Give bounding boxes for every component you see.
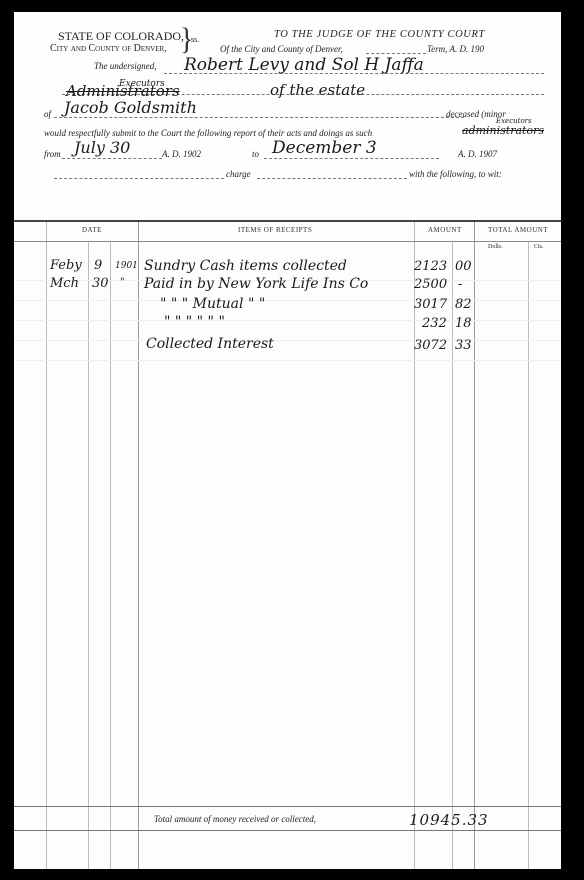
addressee: TO THE JUDGE OF THE COUNTY COURT [274, 29, 485, 40]
wit-label: with the following, to wit: [409, 169, 502, 179]
term-label: Term, A. D. 190 [427, 44, 484, 54]
submit-text: would respectfully submit to the Court t… [44, 128, 372, 138]
row-day: 9 [94, 258, 102, 273]
total-label: Total amount of money received or collec… [154, 814, 316, 824]
probate-report-form: STATE OF COLORADO, City and County of De… [14, 12, 561, 869]
row-item: " " " Mutual " " [160, 296, 265, 312]
ad-from: A. D. 1902 [162, 149, 201, 159]
column-header-amount: AMOUNT [428, 226, 462, 234]
undersigned-value: Robert Levy and Sol H Jaffa [184, 55, 424, 75]
row-cents: - [458, 277, 462, 292]
undersigned-label: The undersigned, [94, 61, 157, 71]
column-header-items: ITEMS OF RECEIPTS [238, 226, 312, 234]
column-header-dolls: Dolls. [488, 244, 503, 250]
deceased-name: Jacob Goldsmith [64, 98, 197, 117]
column-header-date: DATE [82, 226, 102, 234]
row-dollars: 2500 [414, 277, 447, 292]
state-label: STATE OF COLORADO, [58, 29, 184, 44]
row-cents: 18 [455, 316, 472, 331]
row-dollars: 232 [422, 316, 447, 331]
from-label: from [44, 149, 61, 159]
total-value: 10945.33 [409, 811, 489, 829]
header-divider [14, 220, 561, 222]
row-item: " " " " " " [164, 314, 225, 330]
court-line: Of the City and County of Denver, [220, 44, 343, 54]
estate-value: of the estate [270, 81, 365, 99]
from-date: July 30 [74, 138, 130, 157]
row-cents: 82 [455, 297, 472, 312]
to-label: to [252, 149, 259, 159]
row-day: 30 [92, 276, 109, 291]
row-month: Mch [50, 276, 79, 291]
column-header-cts: Cts. [534, 244, 544, 250]
row-dollars: 3017 [414, 297, 447, 312]
row-year: 1901 [115, 261, 138, 271]
charge-label: charge [226, 169, 251, 179]
ss-label: ss. [191, 35, 199, 44]
row-month: Feby [50, 258, 82, 273]
of-label: of [44, 109, 51, 119]
row-cents: 00 [455, 259, 472, 274]
row-year: " [120, 277, 125, 288]
row-item: Paid in by New York Life Ins Co [144, 276, 368, 292]
city-county-label: City and County of Denver, [50, 43, 167, 54]
such-value: administrators [462, 124, 544, 137]
row-cents: 33 [455, 338, 472, 353]
row-dollars: 2123 [414, 259, 447, 274]
row-item: Sundry Cash items collected [144, 258, 347, 274]
ad-to: A. D. 1907 [458, 149, 497, 159]
row-item: Collected Interest [146, 336, 274, 352]
to-date: December 3 [272, 138, 377, 158]
row-dollars: 3072 [414, 338, 447, 353]
form-header: STATE OF COLORADO, City and County of De… [14, 12, 561, 220]
column-header-total: TOTAL AMOUNT [488, 226, 548, 234]
